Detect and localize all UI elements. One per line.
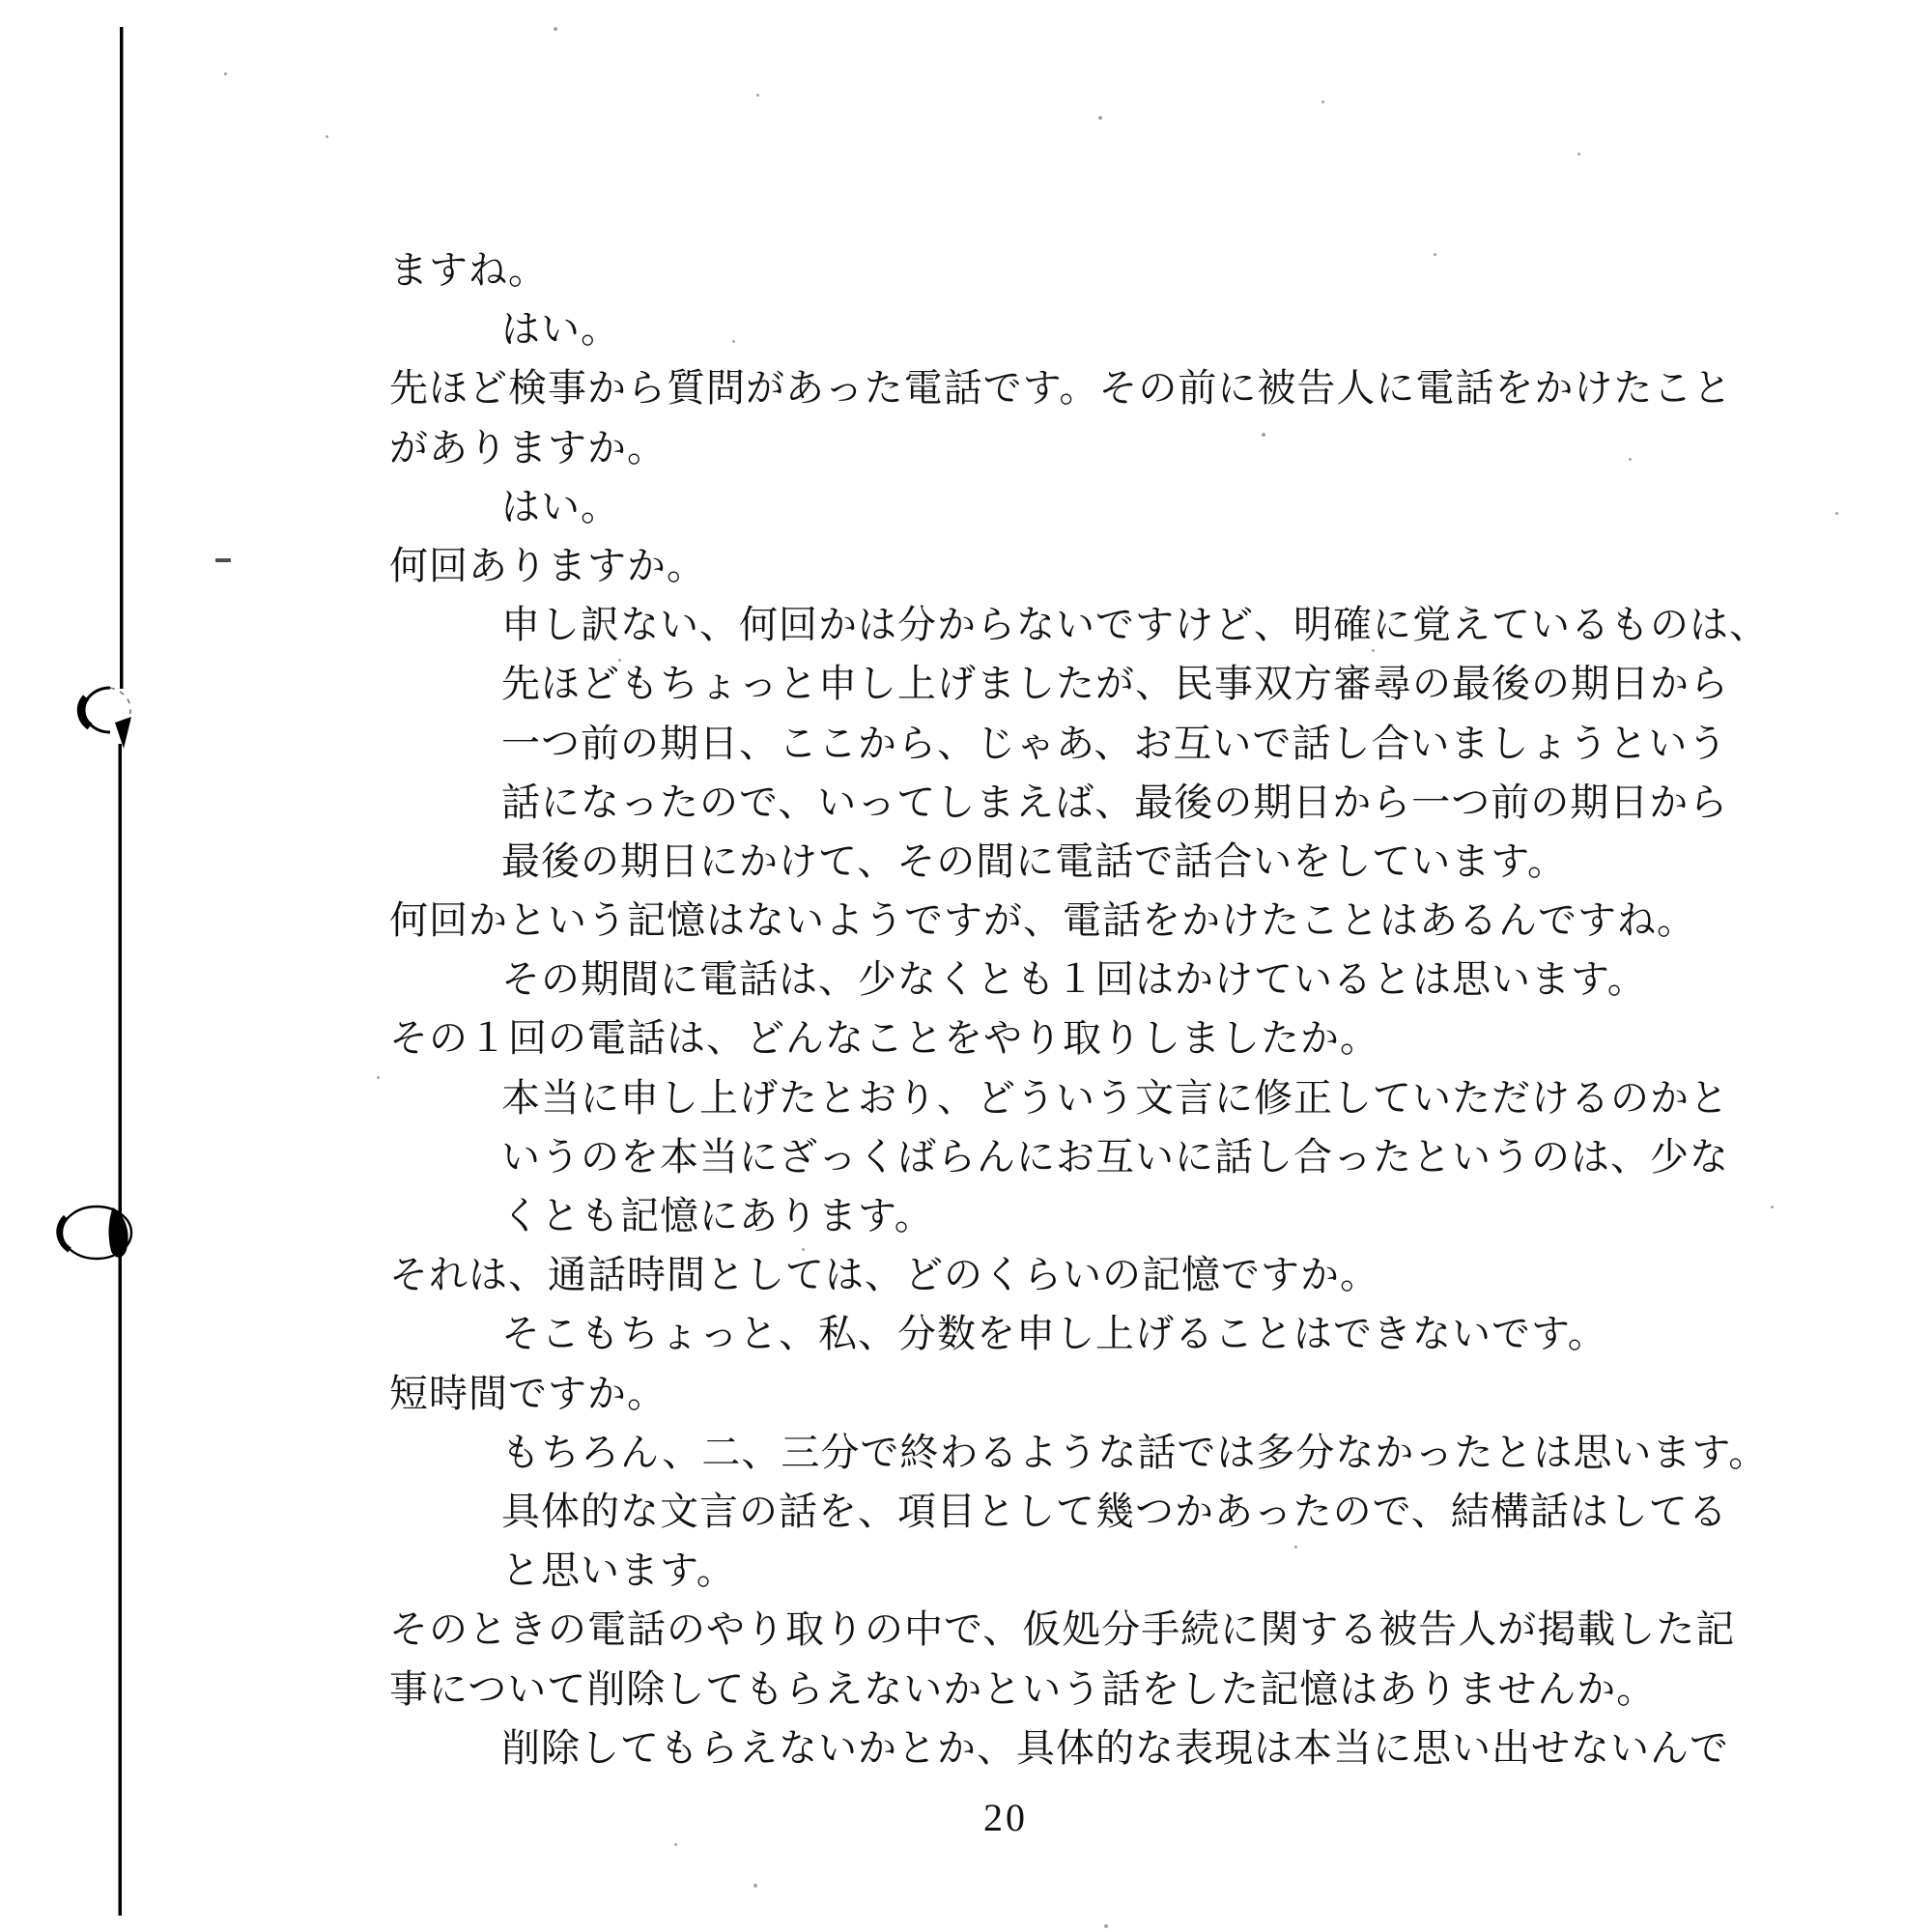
transcript-line: 何回ありますか。 xyxy=(389,536,1800,595)
scan-speck xyxy=(753,1884,757,1888)
scan-speck xyxy=(554,27,557,31)
transcript-line: がありますか。 xyxy=(389,418,1800,477)
scan-speck xyxy=(1098,116,1102,120)
transcript-line: そこもちょっと、私、分数を申し上げることはできないです。 xyxy=(389,1304,1800,1363)
scan-speck xyxy=(1321,100,1324,103)
scan-speck xyxy=(732,340,735,343)
transcript-line: そのときの電話のやり取りの中で、仮処分手続に関する被告人が掲載した記 xyxy=(389,1600,1800,1659)
transcript: ますね。はい。先ほど検事から質問があった電話です。その前に被告人に電話をかけたこ… xyxy=(389,241,1800,1777)
scan-speck xyxy=(756,94,759,97)
scan-dash-artifact xyxy=(215,558,231,562)
transcript-line: と思います。 xyxy=(389,1541,1800,1600)
transcript-line: 話になったので、いってしまえば、最後の期日から一つ前の期日から xyxy=(389,773,1800,832)
transcript-line: はい。 xyxy=(389,299,1800,358)
binding-rule xyxy=(119,744,123,1916)
transcript-line: はい。 xyxy=(389,477,1800,536)
scan-speck xyxy=(1629,458,1632,461)
transcript-line: ますね。 xyxy=(389,241,1800,299)
scan-speck xyxy=(618,659,621,662)
transcript-line: その１回の電話は、どんなことをやり取りしましたか。 xyxy=(389,1009,1800,1067)
transcript-line: 最後の期日にかけて、その間に電話で話合いをしています。 xyxy=(389,832,1800,891)
transcript-line: 一つ前の期日、ここから、じゃあ、お互いで話し合いましょうという xyxy=(389,714,1800,773)
scan-speck xyxy=(1262,433,1265,437)
transcript-line: もちろん、二、三分で終わるような話では多分なかったとは思います。 xyxy=(389,1423,1800,1482)
transcript-line: 先ほど検事から質問があった電話です。その前に被告人に電話をかけたこと xyxy=(389,358,1800,417)
binding-marks xyxy=(0,0,251,1932)
transcript-line: いうのを本当にざっくばらんにお互いに話し合ったというのは、少な xyxy=(389,1127,1800,1186)
transcript-line: 具体的な文言の話を、項目として幾つかあったので、結構話はしてる xyxy=(389,1482,1800,1541)
transcript-line: くとも記憶にあります。 xyxy=(389,1186,1800,1245)
transcript-line: 何回かという記憶はないようですが、電話をかけたことはあるんですね。 xyxy=(389,891,1800,950)
transcript-line: その期間に電話は、少なくとも１回はかけているとは思います。 xyxy=(389,950,1800,1009)
binding-rule xyxy=(120,27,124,689)
transcript-line: 短時間ですか。 xyxy=(389,1364,1800,1423)
scan-speck xyxy=(802,1248,805,1251)
scan-speck xyxy=(326,135,328,138)
punch-hole-top-icon xyxy=(81,688,131,749)
scan-speck xyxy=(1294,1546,1297,1548)
transcript-line: それは、通話時間としては、どのくらいの記憶ですか。 xyxy=(389,1245,1800,1304)
scan-speck xyxy=(1372,649,1375,652)
scan-speck xyxy=(1771,1206,1774,1208)
scan-speck xyxy=(674,1843,677,1846)
transcript-line: 申し訳ない、何回かは分からないですけど、明確に覚えているものは、 xyxy=(389,595,1800,654)
document-page: ますね。はい。先ほど検事から質問があった電話です。その前に被告人に電話をかけたこ… xyxy=(0,0,1932,1932)
scan-speck xyxy=(377,1076,380,1079)
punch-hole-bottom-icon xyxy=(59,1207,131,1259)
scan-speck xyxy=(224,72,227,75)
transcript-line: 事について削除してもらえないかという話をした記憶はありませんか。 xyxy=(389,1660,1800,1719)
scan-speck xyxy=(1577,153,1580,156)
transcript-line: 削除してもらえないかとか、具体的な表現は本当に思い出せないんで xyxy=(389,1719,1800,1777)
scan-speck xyxy=(1104,1924,1108,1928)
scan-speck xyxy=(1835,512,1838,515)
transcript-line: 先ほどもちょっと申し上げましたが、民事双方審尋の最後の期日から xyxy=(389,654,1800,713)
scan-speck xyxy=(1434,253,1436,256)
page-number: 20 xyxy=(983,1795,1028,1840)
transcript-line: 本当に申し上げたとおり、どういう文言に修正していただけるのかと xyxy=(389,1068,1800,1127)
